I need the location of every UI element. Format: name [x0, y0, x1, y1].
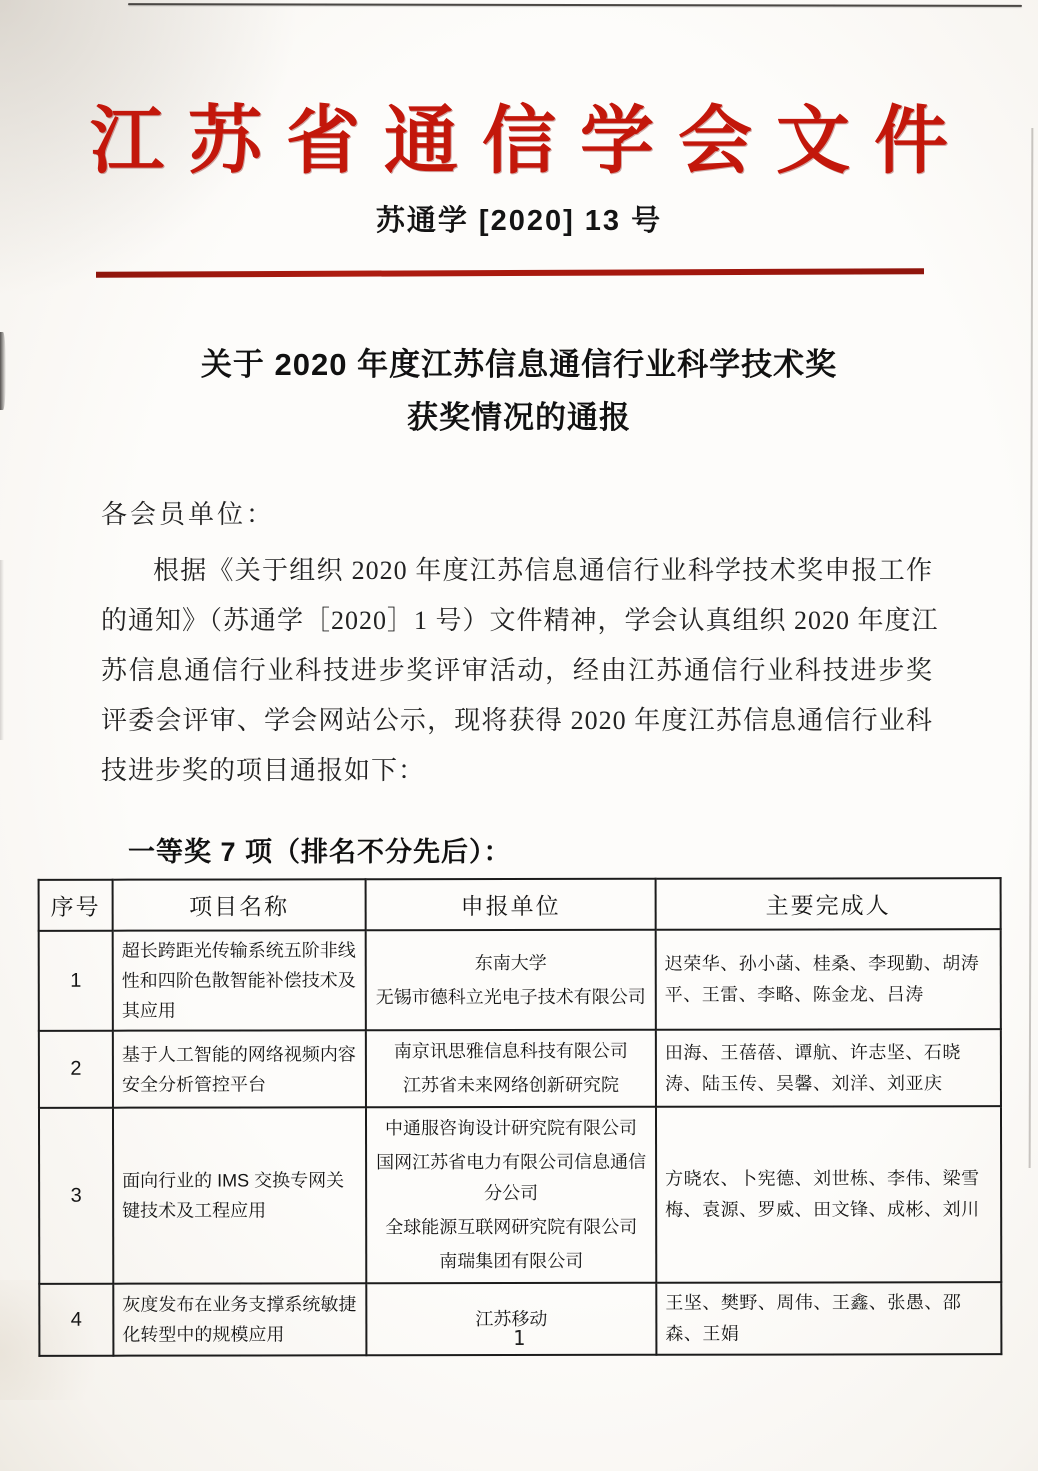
salutation: 各会员单位： — [101, 494, 275, 531]
unit-name: 国网江苏省电力有限公司信息通信分公司 — [369, 1147, 653, 1209]
scanned-document-page: 江苏省通信学会文件 苏通学 [2020] 13 号 关于 2020 年度江苏信息… — [0, 0, 1038, 1471]
page-number: 1 — [0, 1326, 1038, 1350]
awards-table-header: 序号 项目名称 申报单位 主要完成人 — [39, 878, 1001, 931]
first-prize-section-heading: 一等奖 7 项（排名不分先后）： — [128, 830, 512, 869]
column-header-people: 主要完成人 — [656, 878, 1001, 930]
unit-name: 中通服咨询设计研究院有限公司 — [369, 1113, 653, 1144]
cell-project-name: 面向行业的 IMS 交换专网关键技术及工程应用 — [113, 1107, 366, 1283]
cell-main-contributors: 迟荣华、孙小菡、桂桑、李现勤、胡涛平、王雷、李略、陈金龙、吕涛 — [656, 929, 1001, 1030]
unit-name: 南瑞集团有限公司 — [369, 1246, 653, 1277]
scan-right-edge-line — [1029, 128, 1034, 1168]
cell-applicant-units: 中通服咨询设计研究院有限公司国网江苏省电力有限公司信息通信分公司全球能源互联网研… — [366, 1107, 656, 1284]
cell-serial-number: 2 — [39, 1031, 113, 1108]
unit-name: 全球能源互联网研究院有限公司 — [369, 1212, 653, 1243]
cell-main-contributors: 田海、王蓓蓓、谭航、许志坚、石晓涛、陆玉传、吴馨、刘洋、刘亚庆 — [656, 1029, 1001, 1107]
document-title: 关于 2020 年度江苏信息通信行业科学技术奖 获奖情况的通报 — [0, 338, 1038, 444]
scan-page-top-edge — [128, 3, 1022, 7]
table-row: 1超长跨距光传输系统五阶非线性和四阶色散智能补偿技术及其应用东南大学无锡市德科立… — [39, 929, 1001, 1031]
body-paragraph: 根据《关于组织 2020 年度江苏信息通信行业科学技术奖申报工作 的通知》（苏通… — [101, 546, 933, 796]
awards-table-body: 1超长跨距光传输系统五阶非线性和四阶色散智能补偿技术及其应用东南大学无锡市德科立… — [39, 929, 1002, 1356]
letterhead-org-title: 江苏省通信学会文件 — [0, 100, 1038, 185]
column-header-no: 序号 — [39, 880, 113, 931]
cell-applicant-units: 东南大学无锡市德科立光电子技术有限公司 — [366, 930, 656, 1031]
body-line: 评委会评审、学会网站公示，现将获得 2020 年度江苏信息通信行业科 — [101, 696, 933, 746]
unit-name: 南京讯思雅信息科技有限公司 — [369, 1036, 653, 1067]
document-title-line1: 关于 2020 年度江苏信息通信行业科学技术奖 — [0, 338, 1038, 391]
unit-name: 无锡市德科立光电子技术有限公司 — [369, 981, 653, 1012]
column-header-units: 申报单位 — [366, 879, 656, 931]
body-line: 苏信息通信行业科技进步奖评审活动，经由江苏通信行业科技进步奖 — [101, 646, 933, 696]
awards-table: 序号 项目名称 申报单位 主要完成人 1超长跨距光传输系统五阶非线性和四阶色散智… — [38, 877, 1003, 1357]
letterhead-red-rule — [96, 268, 924, 278]
document-title-line2: 获奖情况的通报 — [0, 391, 1038, 444]
table-row: 3面向行业的 IMS 交换专网关键技术及工程应用中通服咨询设计研究院有限公司国网… — [39, 1106, 1001, 1284]
cell-serial-number: 1 — [39, 931, 113, 1031]
cell-project-name: 超长跨距光传输系统五阶非线性和四阶色散智能补偿技术及其应用 — [113, 930, 366, 1030]
cell-serial-number: 3 — [39, 1108, 113, 1284]
cell-applicant-units: 南京讯思雅信息科技有限公司江苏省未来网络创新研究院 — [366, 1030, 656, 1108]
table-row: 2基于人工智能的网络视频内容安全分析管控平台南京讯思雅信息科技有限公司江苏省未来… — [39, 1029, 1001, 1108]
body-line: 根据《关于组织 2020 年度江苏信息通信行业科学技术奖申报工作 — [101, 546, 933, 596]
scan-left-smudge-light — [0, 560, 4, 740]
column-header-project: 项目名称 — [113, 879, 366, 930]
body-line: 的通知》（苏通学［2020］1 号）文件精神，学会认真组织 2020 年度江 — [101, 596, 933, 646]
unit-name: 东南大学 — [369, 947, 653, 978]
body-line: 技进步奖的项目通报如下： — [101, 746, 933, 796]
document-number: 苏通学 [2020] 13 号 — [0, 198, 1038, 239]
cell-project-name: 基于人工智能的网络视频内容安全分析管控平台 — [113, 1030, 366, 1107]
unit-name: 江苏省未来网络创新研究院 — [369, 1070, 653, 1101]
cell-main-contributors: 方晓农、卜宪德、刘世栋、李伟、梁雪梅、袁源、罗威、田文锋、成彬、刘川 — [656, 1106, 1001, 1283]
